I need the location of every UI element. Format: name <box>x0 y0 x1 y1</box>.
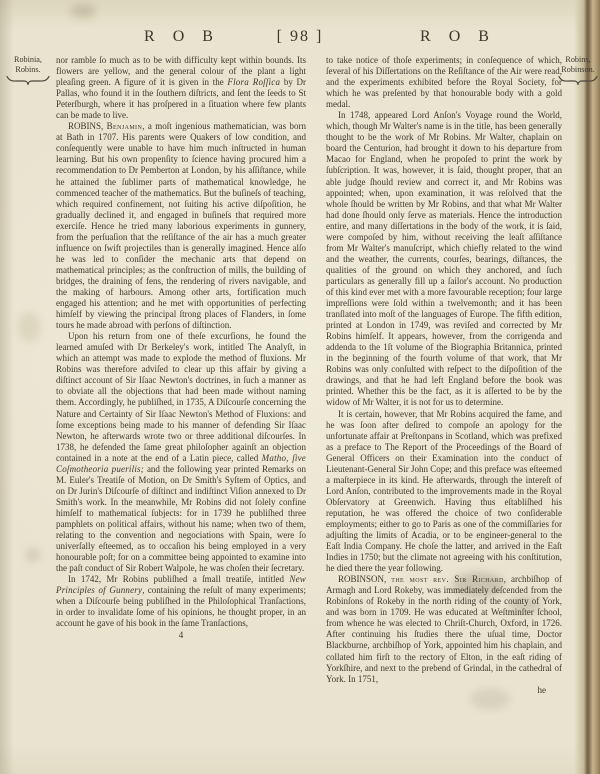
signature-mark: 4 <box>56 630 306 641</box>
scanned-book-page: R O B [ 98 ] R O B Robinia, Robins. Robi… <box>0 0 600 774</box>
foxing-spot <box>26 548 40 562</box>
margin-note-left: Robinia, Robins. <box>2 55 54 86</box>
running-title-left: R O B <box>122 28 242 46</box>
page-number: [ 98 ] <box>238 28 362 46</box>
margin-note-line: Robins. <box>2 65 54 75</box>
running-header: R O B [ 98 ] R O B <box>0 28 576 48</box>
margin-note-line: Robinia, <box>2 55 54 65</box>
paragraph: ROBINSON, the most rev. Sir Richard, arc… <box>326 574 562 684</box>
paragraph: In 1742, Mr Robins publiſhed a ſmall tre… <box>56 574 306 629</box>
foxing-spot <box>70 4 96 18</box>
brace-icon <box>5 75 51 86</box>
paragraph: Upon his return from one of theſe excurſ… <box>56 331 306 574</box>
catchword: he <box>326 685 562 696</box>
foxing-spot <box>18 312 40 342</box>
text-column-right: to take notice of thoſe experiments; in … <box>326 55 562 696</box>
paragraph: In 1748, appeared Lord Anſon's Voyage ro… <box>326 110 562 408</box>
text-column-left: nor ramble ſo much as to be with difficu… <box>56 55 306 641</box>
running-title-right: R O B <box>398 28 518 46</box>
margin-note-right: Robins, Robinson. <box>556 55 600 86</box>
margin-note-line: Robinson. <box>556 65 600 75</box>
paragraph: nor ramble ſo much as to be with difficu… <box>56 55 306 121</box>
brace-icon <box>557 75 599 86</box>
margin-note-line: Robins, <box>556 55 600 65</box>
paragraph: ROBINS, Benjamin, a moſt ingenious mathe… <box>56 121 306 331</box>
page-left-edge-shadow <box>0 0 14 774</box>
book-binding-edge <box>574 0 600 774</box>
paragraph: to take notice of thoſe experiments; in … <box>326 55 562 110</box>
paragraph: It is certain, however, that Mr Robins a… <box>326 409 562 575</box>
